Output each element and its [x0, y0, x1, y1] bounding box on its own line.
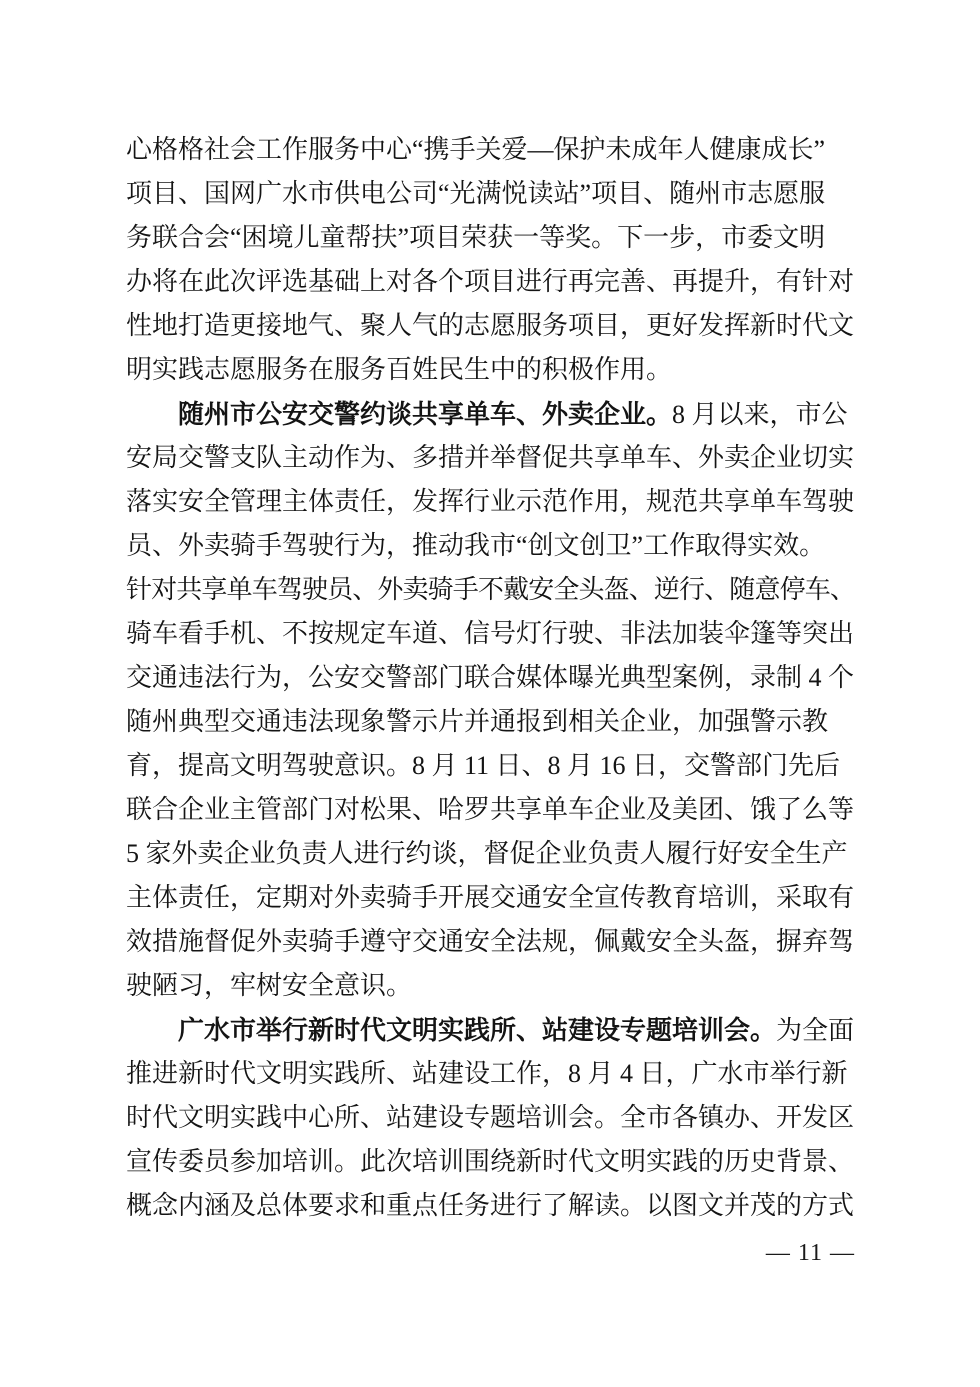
text-line: 宣传委员参加培训。此次培训围绕新时代文明实践的历史背景、: [126, 1140, 855, 1184]
text-line: 随州典型交通违法现象警示片并通报到相关企业，加强警示教: [126, 700, 855, 744]
paragraph-text: 随州典型交通违法现象警示片并通报到相关企业，加强警示教: [126, 707, 828, 736]
paragraph-text: 明实践志愿服务在服务百姓民生中的积极作用。: [126, 355, 672, 384]
paragraph-text: 时代文明实践中心所、站建设专题培训会。全市各镇办、开发区: [126, 1103, 854, 1132]
text-line: 项目、国网广水市供电公司“光满悦读站”项目、随州市志愿服: [126, 172, 855, 216]
paragraph-text: 安局交警支队主动作为、多措并举督促共享单车、外卖企业切实: [126, 443, 854, 472]
text-line: 交通违法行为，公安交警部门联合媒体曝光典型案例，录制 4 个: [126, 656, 855, 700]
paragraph-text: 为全面: [776, 1016, 854, 1045]
paragraph-lead-bold: 随州市公安交警约谈共享单车、外卖企业。: [178, 399, 672, 429]
paragraph-volunteer-project-awards: 心格格社会工作服务中心“携手关爱—保护未成年人健康成长”项目、国网广水市供电公司…: [126, 128, 855, 392]
text-line: 员、外卖骑手驾驶行为，推动我市“创文创卫”工作取得实效。: [126, 524, 855, 568]
paragraph-text: 性地打造更接地气、聚人气的志愿服务项目，更好发挥新时代文: [126, 311, 854, 340]
text-line: 育，提高文明驾驶意识。8 月 11 日、8 月 16 日，交警部门先后: [126, 744, 855, 788]
text-line: 联合企业主管部门对松果、哈罗共享单车企业及美团、饿了么等: [126, 788, 855, 832]
paragraph-text: 效措施督促外卖骑手遵守交通安全法规，佩戴安全头盔，摒弃驾: [126, 927, 854, 956]
text-line: 安局交警支队主动作为、多措并举督促共享单车、外卖企业切实: [126, 436, 855, 480]
text-line: 性地打造更接地气、聚人气的志愿服务项目，更好发挥新时代文: [126, 304, 855, 348]
text-line: 推进新时代文明实践所、站建设工作，8 月 4 日，广水市举行新: [126, 1052, 855, 1096]
paragraph-text: 主体责任，定期对外卖骑手开展交通安全宣传教育培训，采取有: [126, 883, 854, 912]
text-line: 主体责任，定期对外卖骑手开展交通安全宣传教育培训，采取有: [126, 876, 855, 920]
text-line: 心格格社会工作服务中心“携手关爱—保护未成年人健康成长”: [126, 128, 855, 172]
paragraph-text: 宣传委员参加培训。此次培训围绕新时代文明实践的历史背景、: [126, 1147, 854, 1176]
paragraph-text: 落实安全管理主体责任，发挥行业示范作用，规范共享单车驾驶: [126, 487, 854, 516]
paragraph-text: 骑车看手机、不按规定车道、信号灯行驶、非法加装伞篷等突出: [126, 619, 854, 648]
text-line: 针对共享单车驾驶员、外卖骑手不戴安全头盔、逆行、随意停车、: [126, 568, 855, 612]
text-line: 概念内涵及总体要求和重点任务进行了解读。以图文并茂的方式: [126, 1184, 855, 1228]
page-number: — 11 —: [766, 1238, 855, 1268]
paragraph-lead-bold: 广水市举行新时代文明实践所、站建设专题培训会。: [178, 1015, 776, 1045]
document-page: 心格格社会工作服务中心“携手关爱—保护未成年人健康成长”项目、国网广水市供电公司…: [0, 0, 980, 1387]
text-line: 办将在此次评选基础上对各个项目进行再完善、再提升，有针对: [126, 260, 855, 304]
paragraph-traffic-police-interview-companies: 随州市公安交警约谈共享单车、外卖企业。8 月以来，市公安局交警支队主动作为、多措…: [126, 392, 855, 1008]
text-line: 5 家外卖企业负责人进行约谈，督促企业负责人履行好安全生产: [126, 832, 855, 876]
text-line: 效措施督促外卖骑手遵守交通安全法规，佩戴安全头盔，摒弃驾: [126, 920, 855, 964]
text-line: 务联合会“困境儿童帮扶”项目荣获一等奖。下一步，市委文明: [126, 216, 855, 260]
text-line: 骑车看手机、不按规定车道、信号灯行驶、非法加装伞篷等突出: [126, 612, 855, 656]
text-line: 随州市公安交警约谈共享单车、外卖企业。8 月以来，市公: [126, 392, 855, 436]
paragraph-text: 务联合会“困境儿童帮扶”项目荣获一等奖。下一步，市委文明: [126, 223, 825, 252]
text-block: 心格格社会工作服务中心“携手关爱—保护未成年人健康成长”项目、国网广水市供电公司…: [126, 128, 855, 1228]
text-line: 落实安全管理主体责任，发挥行业示范作用，规范共享单车驾驶: [126, 480, 855, 524]
paragraph-text: 5 家外卖企业负责人进行约谈，督促企业负责人履行好安全生产: [126, 839, 848, 868]
paragraph-text: 心格格社会工作服务中心“携手关爱—保护未成年人健康成长”: [126, 135, 825, 164]
paragraph-text: 育，提高文明驾驶意识。8 月 11 日、8 月 16 日，交警部门先后: [126, 751, 840, 780]
paragraph-text: 概念内涵及总体要求和重点任务进行了解读。以图文并茂的方式: [126, 1191, 854, 1220]
paragraph-text: 驶陋习，牢树安全意识。: [126, 971, 412, 1000]
paragraph-text: 针对共享单车驾驶员、外卖骑手不戴安全头盔、逆行、随意停车、: [126, 575, 855, 604]
paragraph-text: 项目、国网广水市供电公司“光满悦读站”项目、随州市志愿服: [126, 179, 825, 208]
text-line: 时代文明实践中心所、站建设专题培训会。全市各镇办、开发区: [126, 1096, 855, 1140]
paragraph-text: 员、外卖骑手驾驶行为，推动我市“创文创卫”工作取得实效。: [126, 531, 825, 560]
text-line: 驶陋习，牢树安全意识。: [126, 964, 855, 1008]
paragraph-text: 推进新时代文明实践所、站建设工作，8 月 4 日，广水市举行新: [126, 1059, 848, 1088]
paragraph-text: 8 月以来，市公: [672, 400, 848, 429]
text-line: 广水市举行新时代文明实践所、站建设专题培训会。为全面: [126, 1008, 855, 1052]
paragraph-text: 交通违法行为，公安交警部门联合媒体曝光典型案例，录制 4 个: [126, 663, 854, 692]
paragraph-guangshui-civilization-practice-training: 广水市举行新时代文明实践所、站建设专题培训会。为全面推进新时代文明实践所、站建设…: [126, 1008, 855, 1228]
paragraph-text: 办将在此次评选基础上对各个项目进行再完善、再提升，有针对: [126, 267, 854, 296]
text-line: 明实践志愿服务在服务百姓民生中的积极作用。: [126, 348, 855, 392]
paragraph-text: 联合企业主管部门对松果、哈罗共享单车企业及美团、饿了么等: [126, 795, 854, 824]
